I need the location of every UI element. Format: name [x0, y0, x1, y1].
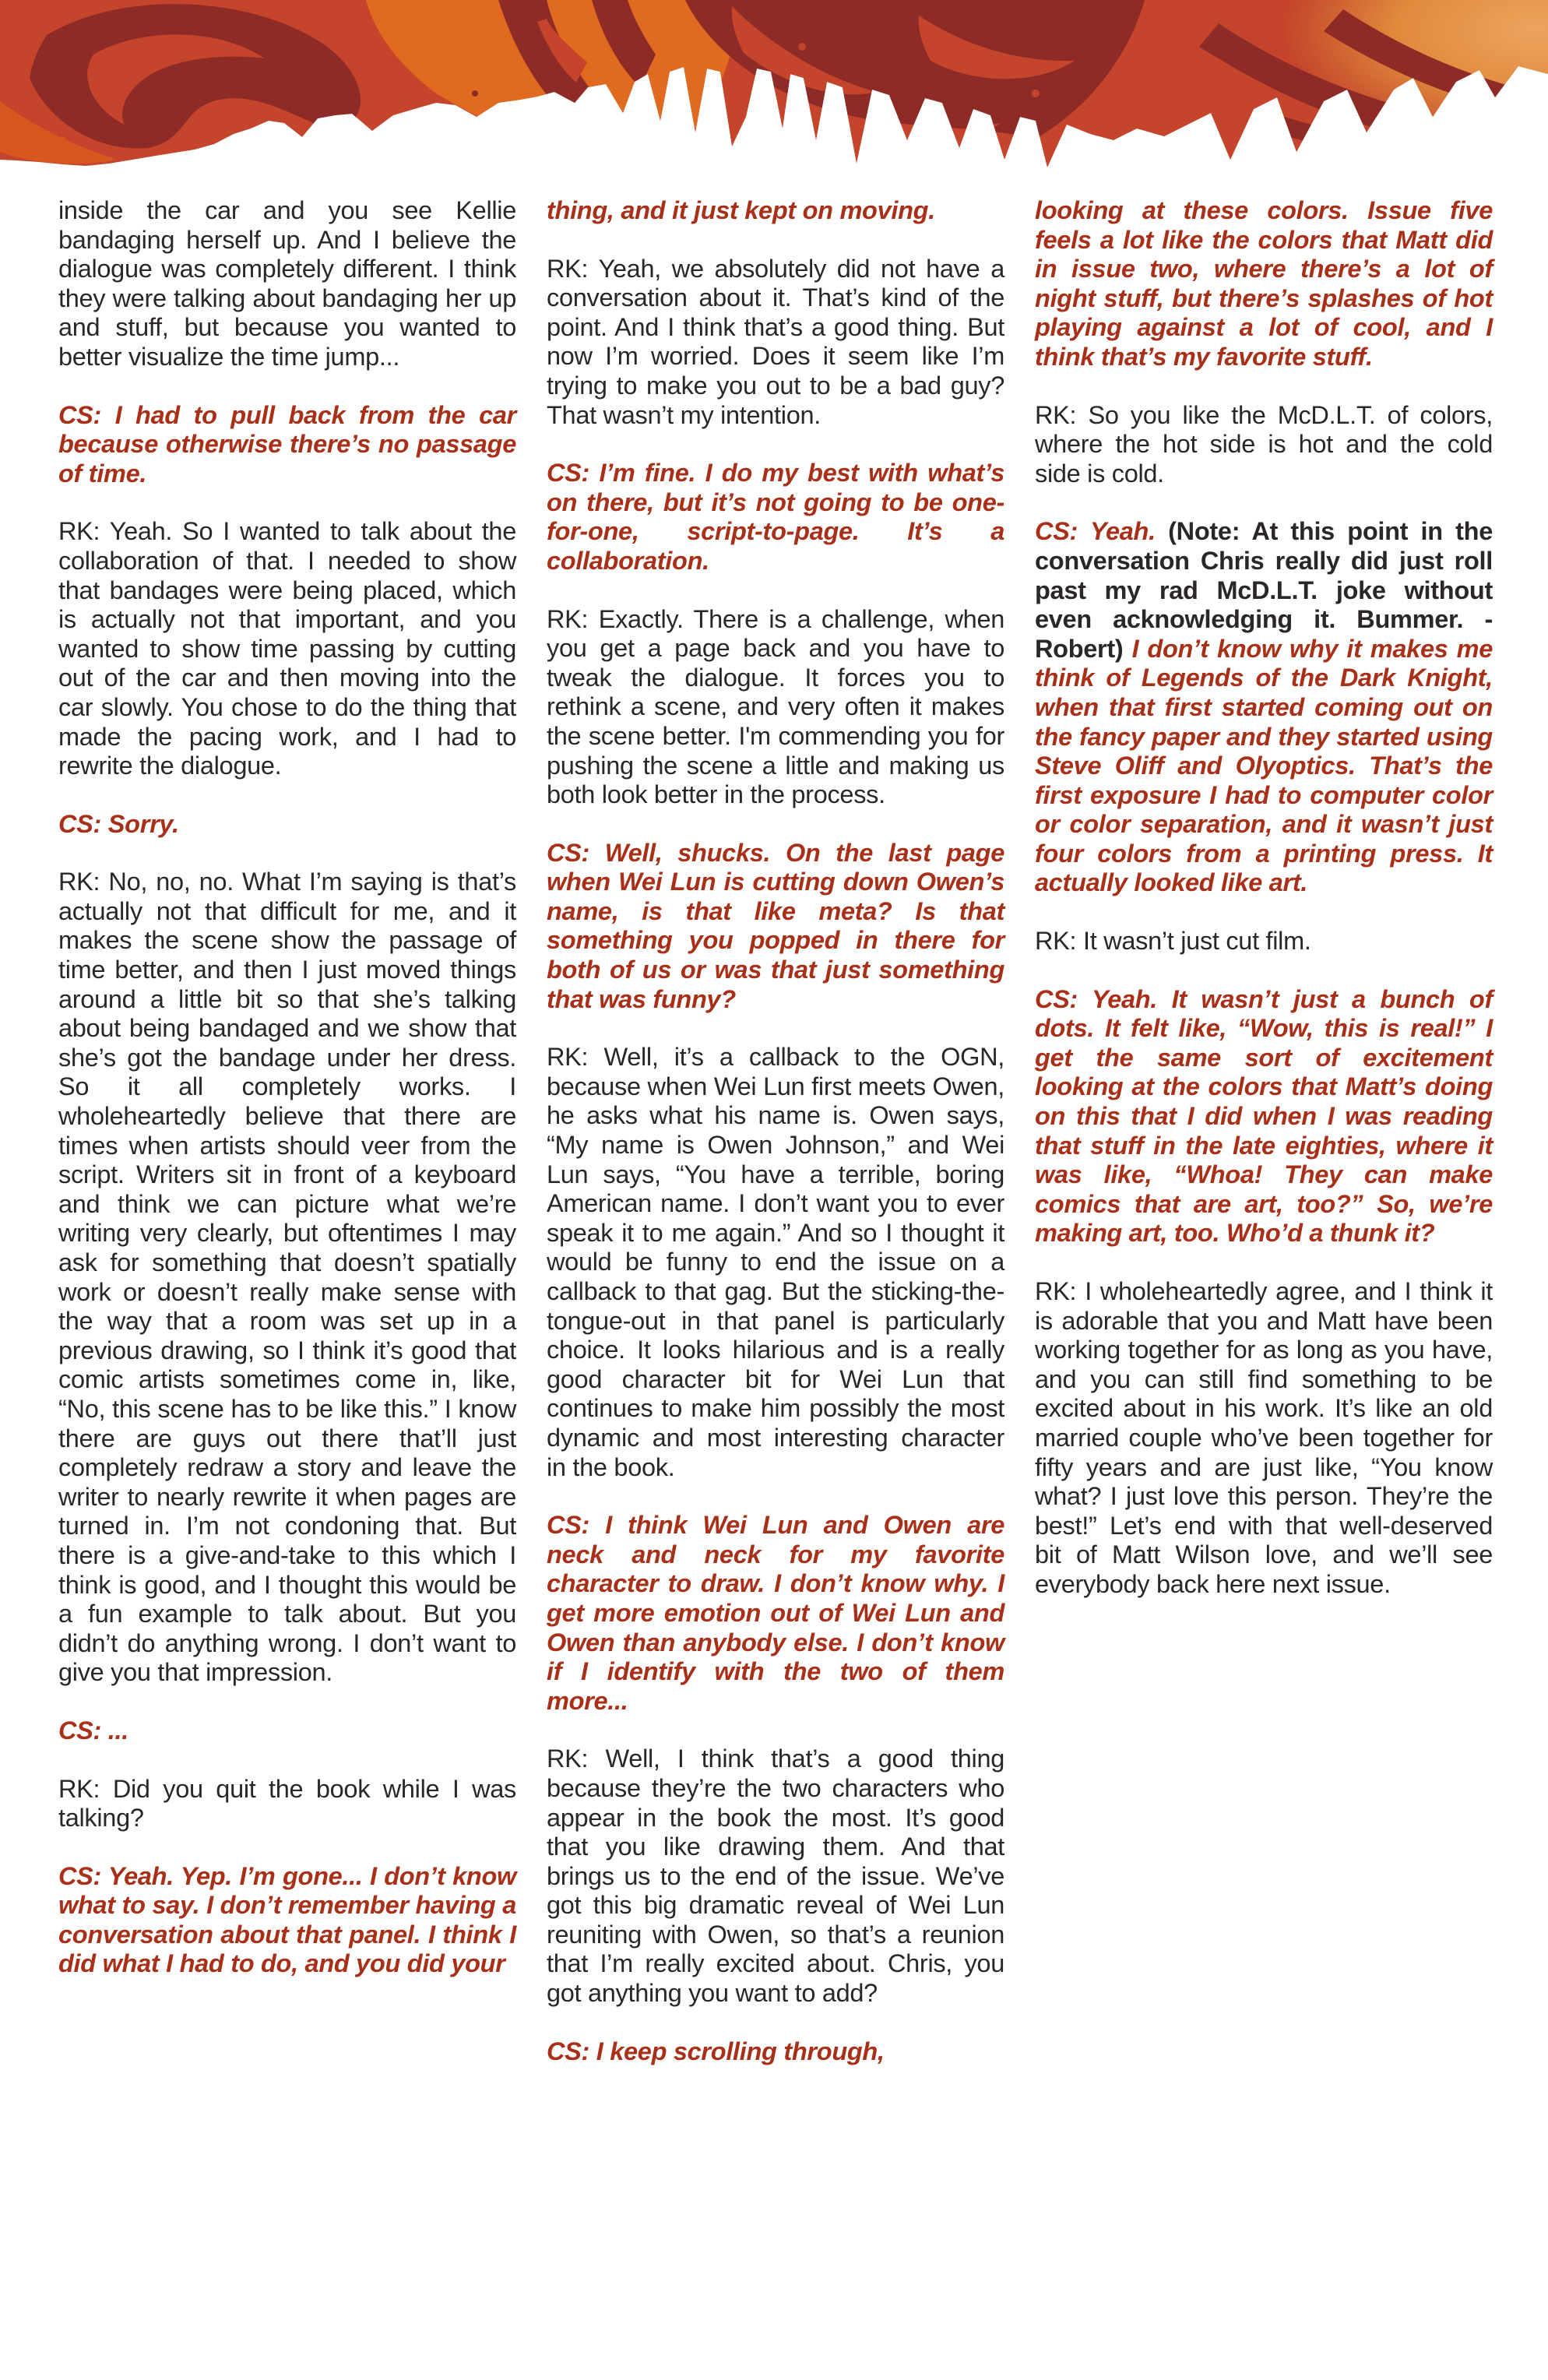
- painted-flame-banner-svg: [0, 0, 1548, 201]
- dialogue-cs: looking at these colors. Issue five feel…: [1035, 196, 1493, 372]
- speckle-2: [472, 90, 478, 97]
- dialogue-cs: CS: Sorry.: [58, 810, 516, 840]
- speckle-9: [58, 136, 66, 144]
- dialogue-rk: RK: I wholeheartedly agree, and I think …: [1035, 1277, 1493, 1600]
- dialogue-cs: CS: I had to pull back from the car beca…: [58, 401, 516, 489]
- cs-segment: CS: Yeah.: [1035, 517, 1168, 545]
- speckle-3: [541, 136, 549, 144]
- banner-red-streak-3: [849, 117, 1001, 146]
- dialogue-cs: CS: I keep scrolling through,: [547, 2037, 1004, 2067]
- speckle-4: [666, 43, 674, 51]
- comic-backmatter-page: inside the car and you see Kellie bandag…: [0, 0, 1548, 2380]
- dialogue-cs: CS: ...: [58, 1716, 516, 1746]
- dialogue-rk: RK: Exactly. There is a challenge, when …: [547, 605, 1004, 810]
- column-3: looking at these colors. Issue five feel…: [1035, 196, 1493, 2066]
- speckle-1: [431, 128, 441, 137]
- dialogue-rk: RK: No, no, no. What I’m saying is that’…: [58, 868, 516, 1688]
- interview-text: inside the car and you see Kellie bandag…: [58, 196, 1493, 2066]
- dialogue-cs: CS: Well, shucks. On the last page when …: [547, 839, 1004, 1015]
- dialogue-rk: RK: Well, I think that’s a good thing be…: [547, 1745, 1004, 2008]
- speckle-8: [1452, 136, 1460, 144]
- dialogue-rk: inside the car and you see Kellie bandag…: [58, 196, 516, 372]
- dialogue-cs: CS: I’m fine. I do my best with what’s o…: [547, 459, 1004, 576]
- dialogue-cs: CS: Yeah. Yep. I’m gone... I don’t know …: [58, 1862, 516, 1979]
- dialogue-rk: RK: So you like the McD.L.T. of colors, …: [1035, 401, 1493, 489]
- dialogue-cs: CS: Yeah. It wasn’t just a bunch of dots…: [1035, 985, 1493, 1248]
- column-2: thing, and it just kept on moving. RK: Y…: [547, 196, 1004, 2066]
- speckle-7: [1032, 90, 1040, 97]
- dialogue-rk: RK: Yeah. So I wanted to talk about the …: [58, 517, 516, 780]
- speckle-6: [798, 43, 806, 51]
- dialogue-rk: RK: Well, it’s a callback to the OGN, be…: [547, 1043, 1004, 1482]
- dialogue-cs-with-note: CS: Yeah. (Note: At this point in the co…: [1035, 517, 1493, 898]
- speckle-5: [702, 98, 708, 104]
- dialogue-cs: thing, and it just kept on moving.: [547, 196, 1004, 226]
- header-art: [0, 0, 1548, 201]
- cs-segment: I don’t know why it makes me think of Le…: [1035, 635, 1493, 897]
- dialogue-cs: CS: I think Wei Lun and Owen are neck an…: [547, 1511, 1004, 1716]
- dialogue-rk: RK: It wasn’t just cut film.: [1035, 927, 1493, 956]
- dialogue-rk: RK: Did you quit the book while I was ta…: [58, 1775, 516, 1833]
- column-1: inside the car and you see Kellie bandag…: [58, 196, 516, 2066]
- dialogue-rk: RK: Yeah, we absolutely did not have a c…: [547, 255, 1004, 431]
